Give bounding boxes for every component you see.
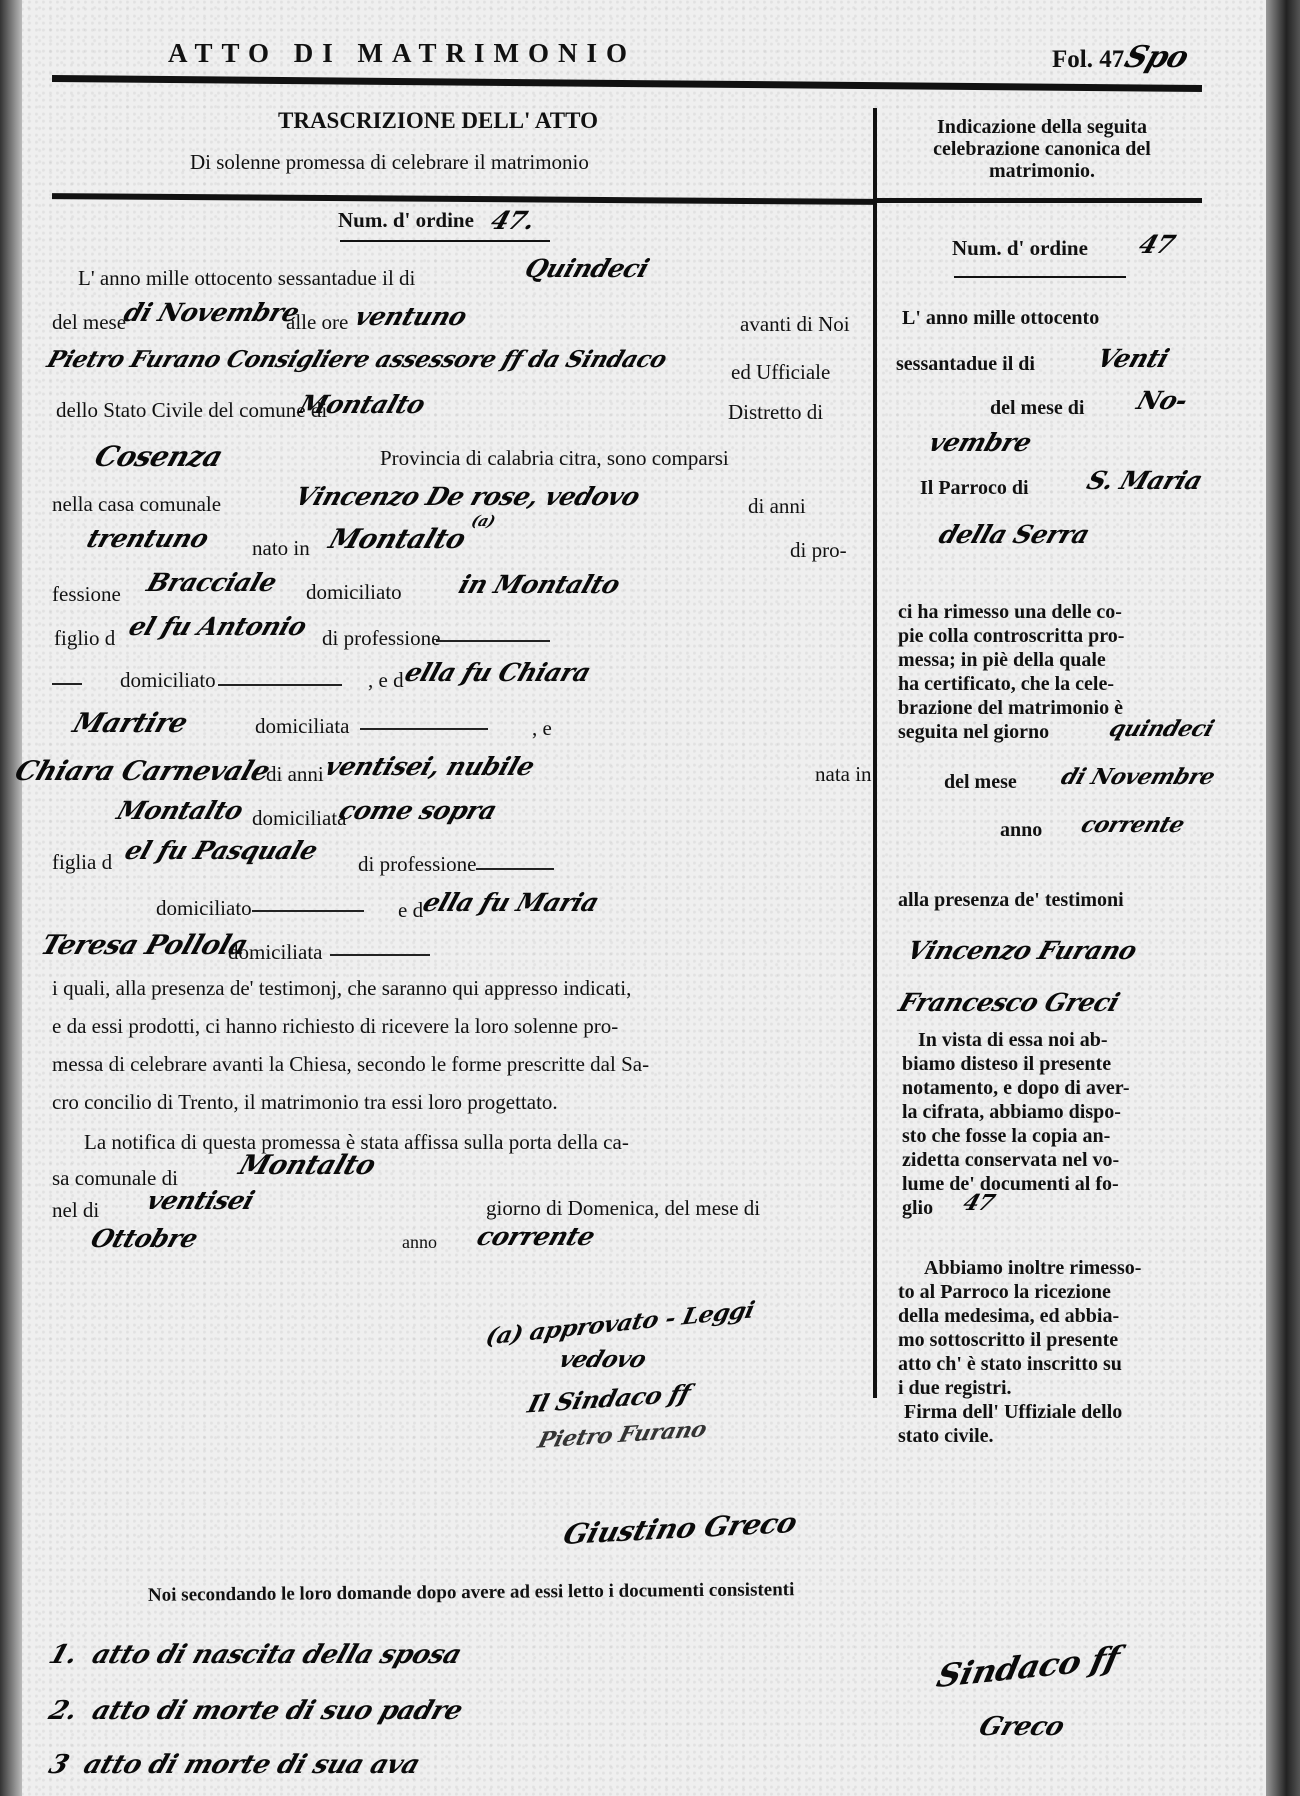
handwritten-bride-domicile: come sopra (335, 796, 500, 825)
document-item-1: 1. atto di nascita della sposa (45, 1640, 465, 1670)
item-text: atto di morte di sua ava (80, 1750, 424, 1780)
item-text: atto di morte di suo padre (88, 1696, 466, 1726)
line-text: domiciliato (306, 580, 402, 605)
line-text: fessione (52, 582, 121, 607)
signature-sindaco: Il Sindaco ff (525, 1379, 694, 1419)
folio-label: Fol. 47. (1052, 46, 1130, 74)
line-text: nel di (52, 1198, 99, 1223)
side-order-underline (954, 276, 1126, 278)
side-line: In vista di essa noi ab- (918, 1028, 1108, 1053)
side-line: brazione del matrimonio è (898, 696, 1123, 721)
section-subheading: Di solenne promessa di celebrare il matr… (190, 150, 589, 175)
handwritten-bride-father: el fu Pasquale (121, 836, 321, 865)
side-handwritten-month: No- (1133, 386, 1191, 415)
line-text: figlio d (54, 626, 115, 651)
line-text: ed Ufficiale (731, 360, 830, 385)
order-number: 47. (487, 206, 538, 235)
paragraph-line: messa di celebrare avanti la Chiesa, sec… (52, 1052, 649, 1077)
side-line: messa; in piè della quale (898, 648, 1106, 673)
line-text: , e (532, 716, 552, 741)
handwritten-officer: Pietro Furano Consigliere assessore ff d… (44, 346, 670, 373)
side-line: mo sottoscritto il presente (898, 1328, 1118, 1353)
handwritten-bride: Chiara Carnevale (11, 756, 274, 787)
handwritten-profession: Bracciale (143, 568, 280, 597)
line-text: e d (398, 898, 423, 923)
handwritten-age: trentuno (83, 524, 212, 553)
side-line: della medesima, ed abbia- (898, 1304, 1119, 1329)
line-text: L' anno mille ottocento sessantadue il d… (78, 266, 415, 291)
side-line: lume de' documenti al fo- (902, 1172, 1119, 1197)
header-rule (52, 75, 1202, 92)
folio-handwritten: Spo (1120, 40, 1193, 75)
handwritten-father: el fu Antonio (125, 612, 310, 641)
handwritten-mother-surname: Martire (69, 708, 191, 739)
side-line: Il Parroco di (920, 476, 1029, 501)
column-divider (873, 108, 877, 1398)
line-text: , e d (368, 668, 404, 693)
page-edge-left (0, 0, 22, 1796)
handwritten-birthplace: Montalto (325, 524, 469, 555)
line-text: alle ore (286, 310, 348, 335)
witness-2: Francesco Greci (895, 988, 1123, 1017)
handwritten-domicile: in Montalto (455, 570, 623, 599)
blank-line (52, 683, 82, 685)
order-label: Num. d' ordine (338, 208, 474, 233)
side-handwritten-celebration-year: corrente (1078, 812, 1188, 838)
side-line: notamento, e dopo di aver- (902, 1076, 1130, 1101)
side-line: zidetta conservata nel vo- (902, 1148, 1119, 1173)
line-text: avanti di Noi (740, 312, 850, 337)
line-text: domiciliata (228, 940, 322, 965)
document-item-3: 3 atto di morte di sua ava (45, 1750, 423, 1780)
side-line: atto ch' è stato inscritto su (898, 1352, 1122, 1377)
blank-line (436, 640, 550, 642)
side-line: alla presenza de' testimoni (898, 888, 1124, 913)
handwritten-bride-mother-surname: Teresa Pollola (37, 930, 252, 961)
blank-line (330, 954, 430, 956)
line-text: dello Stato Civile del comune di (56, 398, 327, 423)
document-title: ATTO DI MATRIMONIO (168, 38, 636, 69)
line-text: di pro- (790, 538, 847, 563)
line-text: nata in (815, 762, 872, 787)
side-line: Abbiamo inoltre rimesso- (924, 1256, 1141, 1281)
side-order-number: 47 (1135, 230, 1178, 259)
line-text: nato in (252, 536, 310, 561)
handwritten-bride-birthplace: Montalto (113, 796, 246, 825)
line-text: giorno di Domenica, del mese di (486, 1196, 760, 1221)
side-line: del mese di (990, 396, 1084, 421)
side-line: glio (902, 1196, 933, 1221)
handwritten-notice-year: corrente (473, 1222, 598, 1251)
handwritten-comune-notice: Montalto (235, 1150, 379, 1181)
handwritten-district: Cosenza (91, 440, 227, 473)
side-line: ci ha rimesso una delle co- (898, 600, 1122, 625)
paragraph-line: cro concilio di Trento, il matrimonio tr… (52, 1090, 558, 1115)
approval-note: (a) approvato - Leggi (483, 1296, 757, 1350)
line-text: domiciliato (120, 668, 216, 693)
closing-statement: Noi secondando le loro domande dopo aver… (148, 1579, 795, 1607)
line-text: di anni (748, 494, 806, 519)
side-line: la cifrata, abbiamo dispo- (902, 1100, 1121, 1125)
line-text: domiciliata (255, 714, 349, 739)
handwritten-day: Quindeci (521, 254, 652, 283)
handwritten-notice-day: ventisei (143, 1186, 258, 1215)
line-text: domiciliato (156, 896, 252, 921)
signature-bottom-greco: Greco (975, 1712, 1068, 1742)
line-text: Provincia di calabria citra, sono compar… (380, 446, 729, 471)
paragraph-line: e da essi prodotti, ci hanno richiesto d… (52, 1014, 618, 1039)
side-line: del mese (944, 770, 1017, 795)
item-number: 1. (45, 1640, 81, 1670)
blank-line (218, 684, 342, 686)
handwritten-bride-age: ventisei, nubile (321, 752, 538, 781)
order-underline (340, 240, 550, 242)
side-handwritten-parish: S. Maria (1083, 466, 1206, 495)
item-number: 2. (45, 1696, 81, 1726)
section-rule-right (877, 198, 1202, 203)
handwritten-comune: Montalto (295, 390, 428, 419)
side-handwritten-celebration-month: di Novembre (1058, 764, 1218, 790)
section-rule-left (52, 193, 877, 205)
handwritten-bride-mother: ella fu Maria (419, 888, 602, 917)
side-line: to al Parroco la ricezione (898, 1280, 1111, 1305)
section-heading: TRASCRIZIONE DELL' ATTO (278, 108, 598, 134)
side-handwritten-day: Venti (1093, 344, 1172, 373)
line-text: nella casa comunale (52, 492, 221, 517)
handwritten-notice-month: Ottobre (87, 1224, 201, 1253)
handwritten-hour: ventuno (351, 302, 470, 331)
line-text: anno (402, 1232, 437, 1253)
line-text: Distretto di (728, 400, 823, 425)
line-text: del mese (52, 310, 126, 335)
handwritten-month: di Novembre (120, 298, 303, 327)
line-text: di anni (266, 762, 324, 787)
document-item-2: 2. atto di morte di suo padre (45, 1696, 466, 1726)
line-text: di professione (322, 626, 440, 651)
document-page: ATTO DI MATRIMONIO Fol. 47. Spo TRASCRIZ… (0, 0, 1300, 1796)
line-text: domiciliata (252, 806, 346, 831)
side-line: biamo disteso il presente (902, 1052, 1111, 1077)
side-line: ha certificato, che la cele- (898, 672, 1114, 697)
item-number: 3 (45, 1750, 72, 1780)
witness-1: Vincenzo Furano (903, 936, 1140, 965)
side-line: i due registri. (898, 1376, 1012, 1401)
side-line: seguita nel giorno (898, 720, 1049, 745)
page-edge-right (1266, 0, 1300, 1796)
signature-pietro: Pietro Furano (535, 1416, 709, 1453)
side-line: sessantadue il di (896, 352, 1035, 377)
blank-line (360, 728, 488, 730)
side-order-label: Num. d' ordine (952, 236, 1088, 261)
side-handwritten-parish-cont: della Serra (935, 520, 1093, 549)
note-marker: (a) (469, 512, 497, 530)
handwritten-mother: ella fu Chiara (401, 658, 594, 687)
line-text: figlia d (52, 850, 112, 875)
side-line: sto che fosse la copia an- (902, 1124, 1110, 1149)
item-text: atto di nascita della sposa (88, 1640, 465, 1670)
side-line: L' anno mille ottocento (902, 306, 1099, 331)
side-line: pie colla controscritta pro- (898, 624, 1124, 649)
side-handwritten-celebration-day: quindeci (1106, 716, 1217, 742)
vedovo-note: vedovo (556, 1346, 650, 1373)
blank-line (476, 868, 554, 870)
signature-giustino: Giustino Greco (560, 1506, 801, 1551)
side-heading: Indicazione della seguita celebrazione c… (892, 116, 1192, 182)
side-handwritten-month-cont: vembre (925, 428, 1035, 457)
line-text: di professione (358, 852, 476, 877)
side-line: stato civile. (898, 1424, 994, 1449)
side-line: anno (1000, 818, 1042, 843)
side-line: Firma dell' Uffiziale dello (904, 1400, 1122, 1425)
blank-line (252, 910, 364, 912)
signature-bottom-sindaco: Sindaco ff (933, 1639, 1122, 1695)
handwritten-groom: Vincenzo De rose, vedovo (291, 482, 643, 511)
paragraph-line: i quali, alla presenza de' testimonj, ch… (52, 976, 631, 1001)
